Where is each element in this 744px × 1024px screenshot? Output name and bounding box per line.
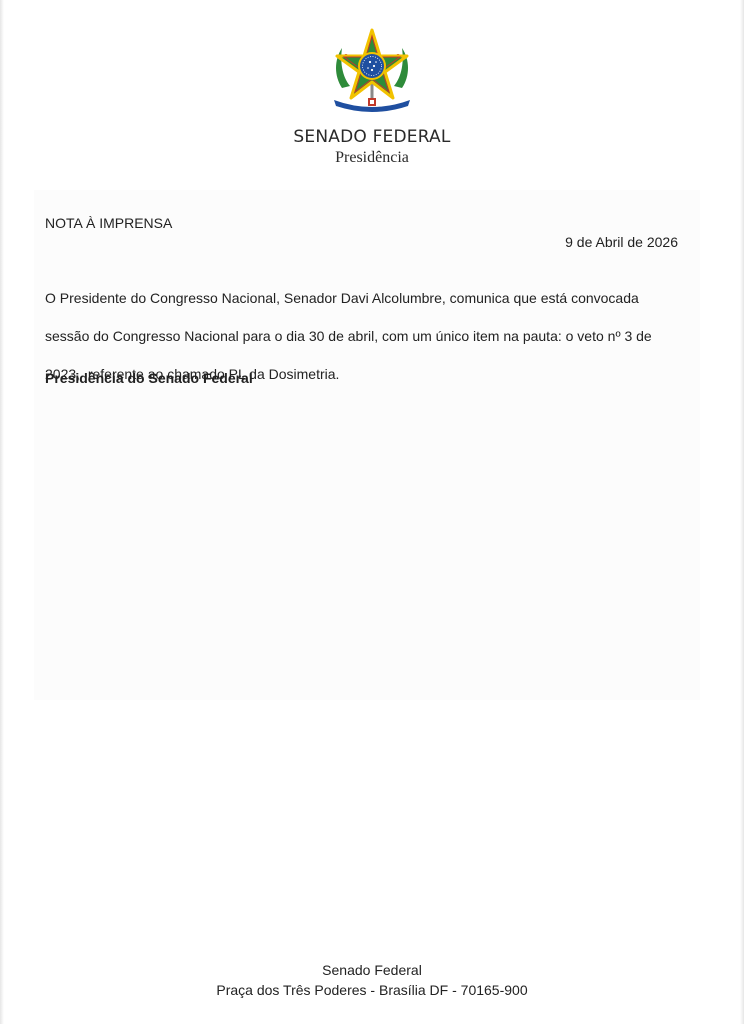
footer: Senado Federal Praça dos Três Poderes - … — [0, 960, 744, 1000]
document-date: 9 de Abril de 2026 — [565, 234, 678, 250]
brazil-coat-of-arms-icon — [328, 26, 416, 114]
document-type-label: NOTA À IMPRENSA — [45, 215, 172, 231]
body-line: O Presidente do Congresso Nacional, Sena… — [45, 289, 685, 308]
body-line: sessão do Congresso Nacional para o dia … — [45, 327, 685, 346]
header-subtitle: Presidência — [0, 149, 744, 167]
content-area — [34, 190, 700, 700]
signature: Presidência do Senado Federal — [45, 370, 253, 386]
footer-address: Praça dos Três Poderes - Brasília DF - 7… — [0, 980, 744, 1000]
header-title: SENADO FEDERAL — [0, 127, 744, 147]
footer-institution: Senado Federal — [0, 960, 744, 980]
